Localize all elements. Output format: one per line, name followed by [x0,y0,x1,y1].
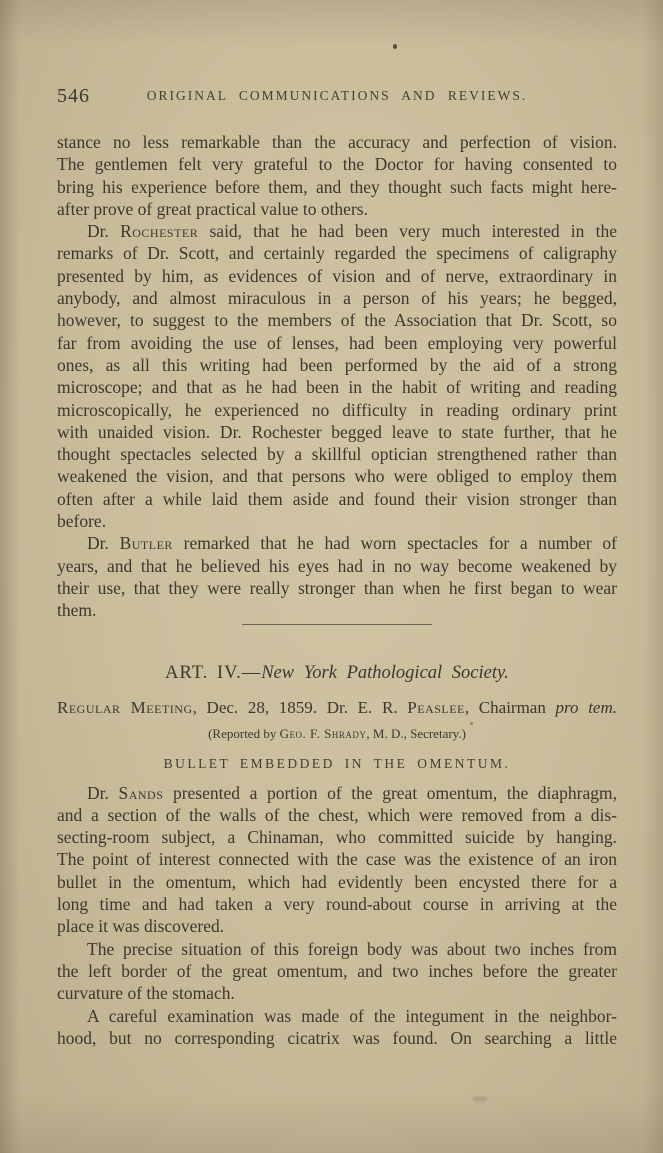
reported-text: (Reported by [208,726,279,741]
text-line: after prove of great practical value to … [57,198,617,220]
book-page: 546 ORIGINAL COMMUNICATIONS AND REVIEWS.… [0,0,663,1153]
section-divider [242,624,432,625]
text-line: Dr. Rochester said, that he had been ver… [57,220,617,242]
text-line: with unaided vision. Dr. Rochester begge… [57,421,617,443]
text-line: The precise situation of this foreign bo… [57,938,617,960]
text-line: microscopically, he experienced no diffi… [57,399,617,421]
meeting-line: Regular Meeting, Dec. 28, 1859. Dr. E. R… [57,696,617,720]
text-line: long time and had taken a very round-abo… [57,893,617,915]
article-title: New York Pathological Society. [261,663,509,683]
chairman-name: Peaslee [407,698,465,717]
doctor-name: Sands [118,783,163,803]
text-line: weakened the vision, and that persons wh… [57,465,617,487]
text-line: presented by him, as evidences of vision… [57,265,617,287]
text-line: far from avoiding the use of lenses, had… [57,332,617,354]
running-title: ORIGINAL COMMUNICATIONS AND REVIEWS. [57,85,617,107]
text-line: often after a while laid them aside and … [57,488,617,510]
text-block: stance no less remarkable than the accur… [57,131,617,1049]
doctor-name: Rochester [120,221,198,241]
line-text: presented a portion of the great omentum… [163,783,617,803]
text-line: hood, but no corresponding cicatrix was … [57,1027,617,1049]
line-text: Dr. [87,783,118,803]
paragraph: The precise situation of this foreign bo… [57,938,617,1005]
line-text: remarked that he had worn spectacles for… [173,533,617,553]
article-number: ART. IV.— [165,663,261,683]
text-line: them. [57,599,617,621]
reported-by-line: (Reported by Geo. F. Shrady, M. D., Secr… [57,725,617,743]
text-line: stance no less remarkable than the accur… [57,131,617,153]
text-line: ones, as all this writing had been perfo… [57,354,617,376]
text-line: bullet in the omentum, which had evident… [57,871,617,893]
paragraph: stance no less remarkable than the accur… [57,131,617,220]
text-line: Dr. Butler remarked that he had worn spe… [57,532,617,554]
page-number: 546 [57,85,90,107]
text-line: their use, that they were really stronge… [57,577,617,599]
paragraph: A careful examination was made of the in… [57,1005,617,1050]
text-line: anybody, and almost miraculous in a pers… [57,287,617,309]
paragraph: Dr. Sands presented a portion of the gre… [57,782,617,938]
text-line: place it was discovered. [57,915,617,937]
doctor-name: Butler [120,533,173,553]
meeting-label: Regular Meeting [57,698,193,717]
meeting-date: , Dec. 28, 1859. Dr. E. R. [193,698,408,717]
text-line: Dr. Sands presented a portion of the gre… [57,782,617,804]
text-line: years, and that he believed his eyes had… [57,555,617,577]
text-line: bring his experience before them, and th… [57,176,617,198]
case-heading: BULLET EMBEDDED IN THE OMENTUM. [57,755,617,773]
text-line: thought spectacles selected by a skillfu… [57,443,617,465]
paper-speck [470,722,473,725]
paragraph: Dr. Rochester said, that he had been ver… [57,220,617,532]
reported-text: , M. D., Secretary.) [366,726,466,741]
line-text: said, that he had been very much interes… [198,221,617,241]
article-heading: ART. IV.—New York Pathological Society. [57,661,617,685]
line-text: Dr. [87,221,120,241]
text-line: and a section of the walls of the chest,… [57,804,617,826]
text-line: secting-room subject, a Chinaman, who co… [57,826,617,848]
secretary-name: Geo. F. Shrady [280,726,367,741]
line-text: Dr. [87,533,120,553]
text-line: the left border of the great omentum, an… [57,960,617,982]
paragraph: Dr. Butler remarked that he had worn spe… [57,532,617,621]
text-line: The point of interest connected with the… [57,848,617,870]
text-line: curvature of the stomach. [57,982,617,1004]
chairman-title: , Chairman [465,698,556,717]
text-line: however, to suggest to the members of th… [57,309,617,331]
paper-smudge [472,1096,488,1102]
text-line: before. [57,510,617,532]
text-line: A careful examination was made of the in… [57,1005,617,1027]
text-line: The gentlemen felt very grateful to the … [57,153,617,175]
text-line: microscope; and that as he had been in t… [57,376,617,398]
pro-tem-label: pro tem. [556,698,617,717]
page-header: 546 ORIGINAL COMMUNICATIONS AND REVIEWS. [57,0,617,107]
text-line: remarks of Dr. Scott, and certainly rega… [57,242,617,264]
